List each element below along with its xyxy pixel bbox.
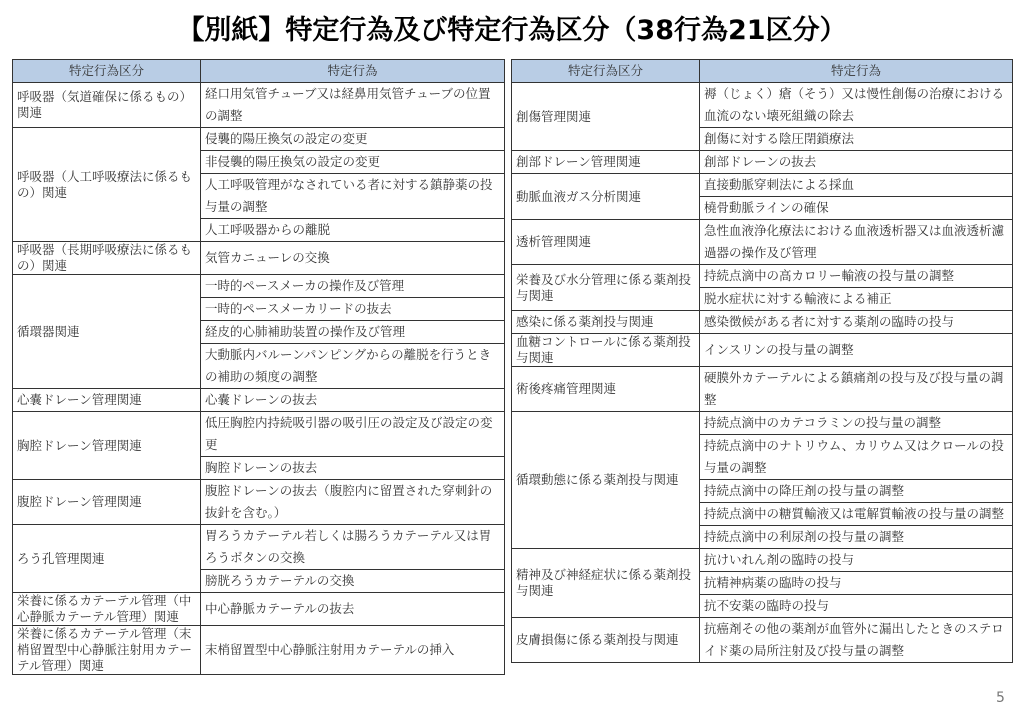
- category-cell: 透析管理関連: [512, 220, 700, 265]
- table-row: 胸腔ドレーン管理関連 低圧胸腔内持続吸引器の吸引圧の設定及び設定の変更: [13, 412, 505, 457]
- act-cell: 侵襲的陽圧換気の設定の変更: [201, 128, 505, 151]
- header-act: 特定行為: [201, 60, 505, 83]
- act-cell: 持続点滴中の糖質輸液又は電解質輸液の投与量の調整: [700, 503, 1013, 526]
- page-number: 5: [996, 690, 1005, 706]
- act-cell: 脱水症状に対する輸液による補正: [700, 288, 1013, 311]
- header-act: 特定行為: [700, 60, 1013, 83]
- act-cell: 人工呼吸管理がなされている者に対する鎮静薬の投与量の調整: [201, 174, 505, 219]
- table-row: 呼吸器（気道確保に係るもの）関連 経口用気管チューブ又は経鼻用気管チューブの位置…: [13, 83, 505, 128]
- table-row: 術後疼痛管理関連 硬膜外カテーテルによる鎮痛剤の投与及び投与量の調整: [512, 367, 1013, 412]
- act-cell: 褥（じょく）瘡（そう）又は慢性創傷の治療における血流のない壊死組織の除去: [700, 83, 1013, 128]
- table-row: 感染に係る薬剤投与関連 感染徴候がある者に対する薬剤の臨時の投与: [512, 311, 1013, 334]
- category-cell: 創傷管理関連: [512, 83, 700, 151]
- category-cell: 術後疼痛管理関連: [512, 367, 700, 412]
- category-cell: 皮膚損傷に係る薬剤投与関連: [512, 618, 700, 663]
- header-category: 特定行為区分: [512, 60, 700, 83]
- header-row: 特定行為区分 特定行為: [512, 60, 1013, 83]
- table-row: 透析管理関連 急性血液浄化療法における血液透析器又は血液透析濾過器の操作及び管理: [512, 220, 1013, 265]
- category-cell: 心嚢ドレーン管理関連: [13, 389, 201, 412]
- category-cell: 動脈血液ガス分析関連: [512, 174, 700, 220]
- table-row: 呼吸器（人工呼吸療法に係るもの）関連 侵襲的陽圧換気の設定の変更: [13, 128, 505, 151]
- act-cell: 非侵襲的陽圧換気の設定の変更: [201, 151, 505, 174]
- table-row: 循環器関連 一時的ペースメーカの操作及び管理: [13, 275, 505, 298]
- act-cell: 抗不安薬の臨時の投与: [700, 595, 1013, 618]
- table-row: 動脈血液ガス分析関連 直接動脈穿刺法による採血: [512, 174, 1013, 197]
- table-row: 創傷管理関連 褥（じょく）瘡（そう）又は慢性創傷の治療における血流のない壊死組織…: [512, 83, 1013, 128]
- table-row: 循環動態に係る薬剤投与関連 持続点滴中のカテコラミンの投与量の調整: [512, 412, 1013, 435]
- act-cell: 気管カニューレの交換: [201, 242, 505, 275]
- right-table: 特定行為区分 特定行為 創傷管理関連 褥（じょく）瘡（そう）又は慢性創傷の治療に…: [511, 59, 1013, 663]
- act-cell: 持続点滴中のカテコラミンの投与量の調整: [700, 412, 1013, 435]
- act-cell: 人工呼吸器からの離脱: [201, 219, 505, 242]
- act-cell: 心嚢ドレーンの抜去: [201, 389, 505, 412]
- table-row: 栄養に係るカテーテル管理（中心静脈カテーテル管理）関連 中心静脈カテーテルの抜去: [13, 593, 505, 626]
- header-row: 特定行為区分 特定行為: [13, 60, 505, 83]
- act-cell: 持続点滴中のナトリウム、カリウム又はクロールの投与量の調整: [700, 435, 1013, 480]
- act-cell: 感染徴候がある者に対する薬剤の臨時の投与: [700, 311, 1013, 334]
- act-cell: 一時的ペースメーカの操作及び管理: [201, 275, 505, 298]
- act-cell: 一時的ペースメーカリードの抜去: [201, 298, 505, 321]
- category-cell: 循環器関連: [13, 275, 201, 389]
- act-cell: 低圧胸腔内持続吸引器の吸引圧の設定及び設定の変更: [201, 412, 505, 457]
- act-cell: 持続点滴中の降圧剤の投与量の調整: [700, 480, 1013, 503]
- table-row: 腹腔ドレーン管理関連 腹腔ドレーンの抜去（腹腔内に留置された穿刺針の抜針を含む。…: [13, 480, 505, 525]
- act-cell: 腹腔ドレーンの抜去（腹腔内に留置された穿刺針の抜針を含む。）: [201, 480, 505, 525]
- category-cell: 創部ドレーン管理関連: [512, 151, 700, 174]
- category-cell: 呼吸器（気道確保に係るもの）関連: [13, 83, 201, 128]
- act-cell: 創傷に対する陰圧閉鎖療法: [700, 128, 1013, 151]
- act-cell: 末梢留置型中心静脈注射用カテーテルの挿入: [201, 626, 505, 675]
- category-cell: 栄養及び水分管理に係る薬剤投与関連: [512, 265, 700, 311]
- category-cell: 呼吸器（長期呼吸療法に係るもの）関連: [13, 242, 201, 275]
- table-row: 呼吸器（長期呼吸療法に係るもの）関連 気管カニューレの交換: [13, 242, 505, 275]
- table-row: 創部ドレーン管理関連 創部ドレーンの抜去: [512, 151, 1013, 174]
- act-cell: インスリンの投与量の調整: [700, 334, 1013, 367]
- act-cell: 直接動脈穿刺法による採血: [700, 174, 1013, 197]
- act-cell: 抗けいれん剤の臨時の投与: [700, 549, 1013, 572]
- act-cell: 抗精神病薬の臨時の投与: [700, 572, 1013, 595]
- table-row: 栄養に係るカテーテル管理（末梢留置型中心静脈注射用カテーテル管理）関連 末梢留置…: [13, 626, 505, 675]
- category-cell: 腹腔ドレーン管理関連: [13, 480, 201, 525]
- category-cell: 循環動態に係る薬剤投与関連: [512, 412, 700, 549]
- act-cell: 持続点滴中の利尿剤の投与量の調整: [700, 526, 1013, 549]
- act-cell: 橈骨動脈ラインの確保: [700, 197, 1013, 220]
- act-cell: 大動脈内バルーンパンピングからの離脱を行うときの補助の頻度の調整: [201, 344, 505, 389]
- category-cell: 呼吸器（人工呼吸療法に係るもの）関連: [13, 128, 201, 242]
- category-cell: 栄養に係るカテーテル管理（中心静脈カテーテル管理）関連: [13, 593, 201, 626]
- category-cell: 栄養に係るカテーテル管理（末梢留置型中心静脈注射用カテーテル管理）関連: [13, 626, 201, 675]
- table-row: 血糖コントロールに係る薬剤投与関連 インスリンの投与量の調整: [512, 334, 1013, 367]
- table-row: ろう孔管理関連 胃ろうカテーテル若しくは腸ろうカテーテル又は胃ろうボタンの交換: [13, 525, 505, 570]
- table-row: 精神及び神経症状に係る薬剤投与関連 抗けいれん剤の臨時の投与: [512, 549, 1013, 572]
- act-cell: 創部ドレーンの抜去: [700, 151, 1013, 174]
- category-cell: 精神及び神経症状に係る薬剤投与関連: [512, 549, 700, 618]
- category-cell: ろう孔管理関連: [13, 525, 201, 593]
- act-cell: 胸腔ドレーンの抜去: [201, 457, 505, 480]
- category-cell: 胸腔ドレーン管理関連: [13, 412, 201, 480]
- table-row: 皮膚損傷に係る薬剤投与関連 抗癌剤その他の薬剤が血管外に漏出したときのステロイド…: [512, 618, 1013, 663]
- header-category: 特定行為区分: [13, 60, 201, 83]
- act-cell: 経皮的心肺補助装置の操作及び管理: [201, 321, 505, 344]
- act-cell: 持続点滴中の高カロリー輸液の投与量の調整: [700, 265, 1013, 288]
- category-cell: 血糖コントロールに係る薬剤投与関連: [512, 334, 700, 367]
- act-cell: 胃ろうカテーテル若しくは腸ろうカテーテル又は胃ろうボタンの交換: [201, 525, 505, 570]
- act-cell: 硬膜外カテーテルによる鎮痛剤の投与及び投与量の調整: [700, 367, 1013, 412]
- category-cell: 感染に係る薬剤投与関連: [512, 311, 700, 334]
- act-cell: 中心静脈カテーテルの抜去: [201, 593, 505, 626]
- act-cell: 経口用気管チューブ又は経鼻用気管チューブの位置の調整: [201, 83, 505, 128]
- left-table: 特定行為区分 特定行為 呼吸器（気道確保に係るもの）関連 経口用気管チューブ又は…: [12, 59, 505, 675]
- table-row: 栄養及び水分管理に係る薬剤投与関連 持続点滴中の高カロリー輸液の投与量の調整: [512, 265, 1013, 288]
- act-cell: 急性血液浄化療法における血液透析器又は血液透析濾過器の操作及び管理: [700, 220, 1013, 265]
- act-cell: 膀胱ろうカテーテルの交換: [201, 570, 505, 593]
- act-cell: 抗癌剤その他の薬剤が血管外に漏出したときのステロイド薬の局所注射及び投与量の調整: [700, 618, 1013, 663]
- page-title: 【別紙】特定行為及び特定行為区分（38行為21区分）: [0, 8, 1024, 47]
- table-row: 心嚢ドレーン管理関連 心嚢ドレーンの抜去: [13, 389, 505, 412]
